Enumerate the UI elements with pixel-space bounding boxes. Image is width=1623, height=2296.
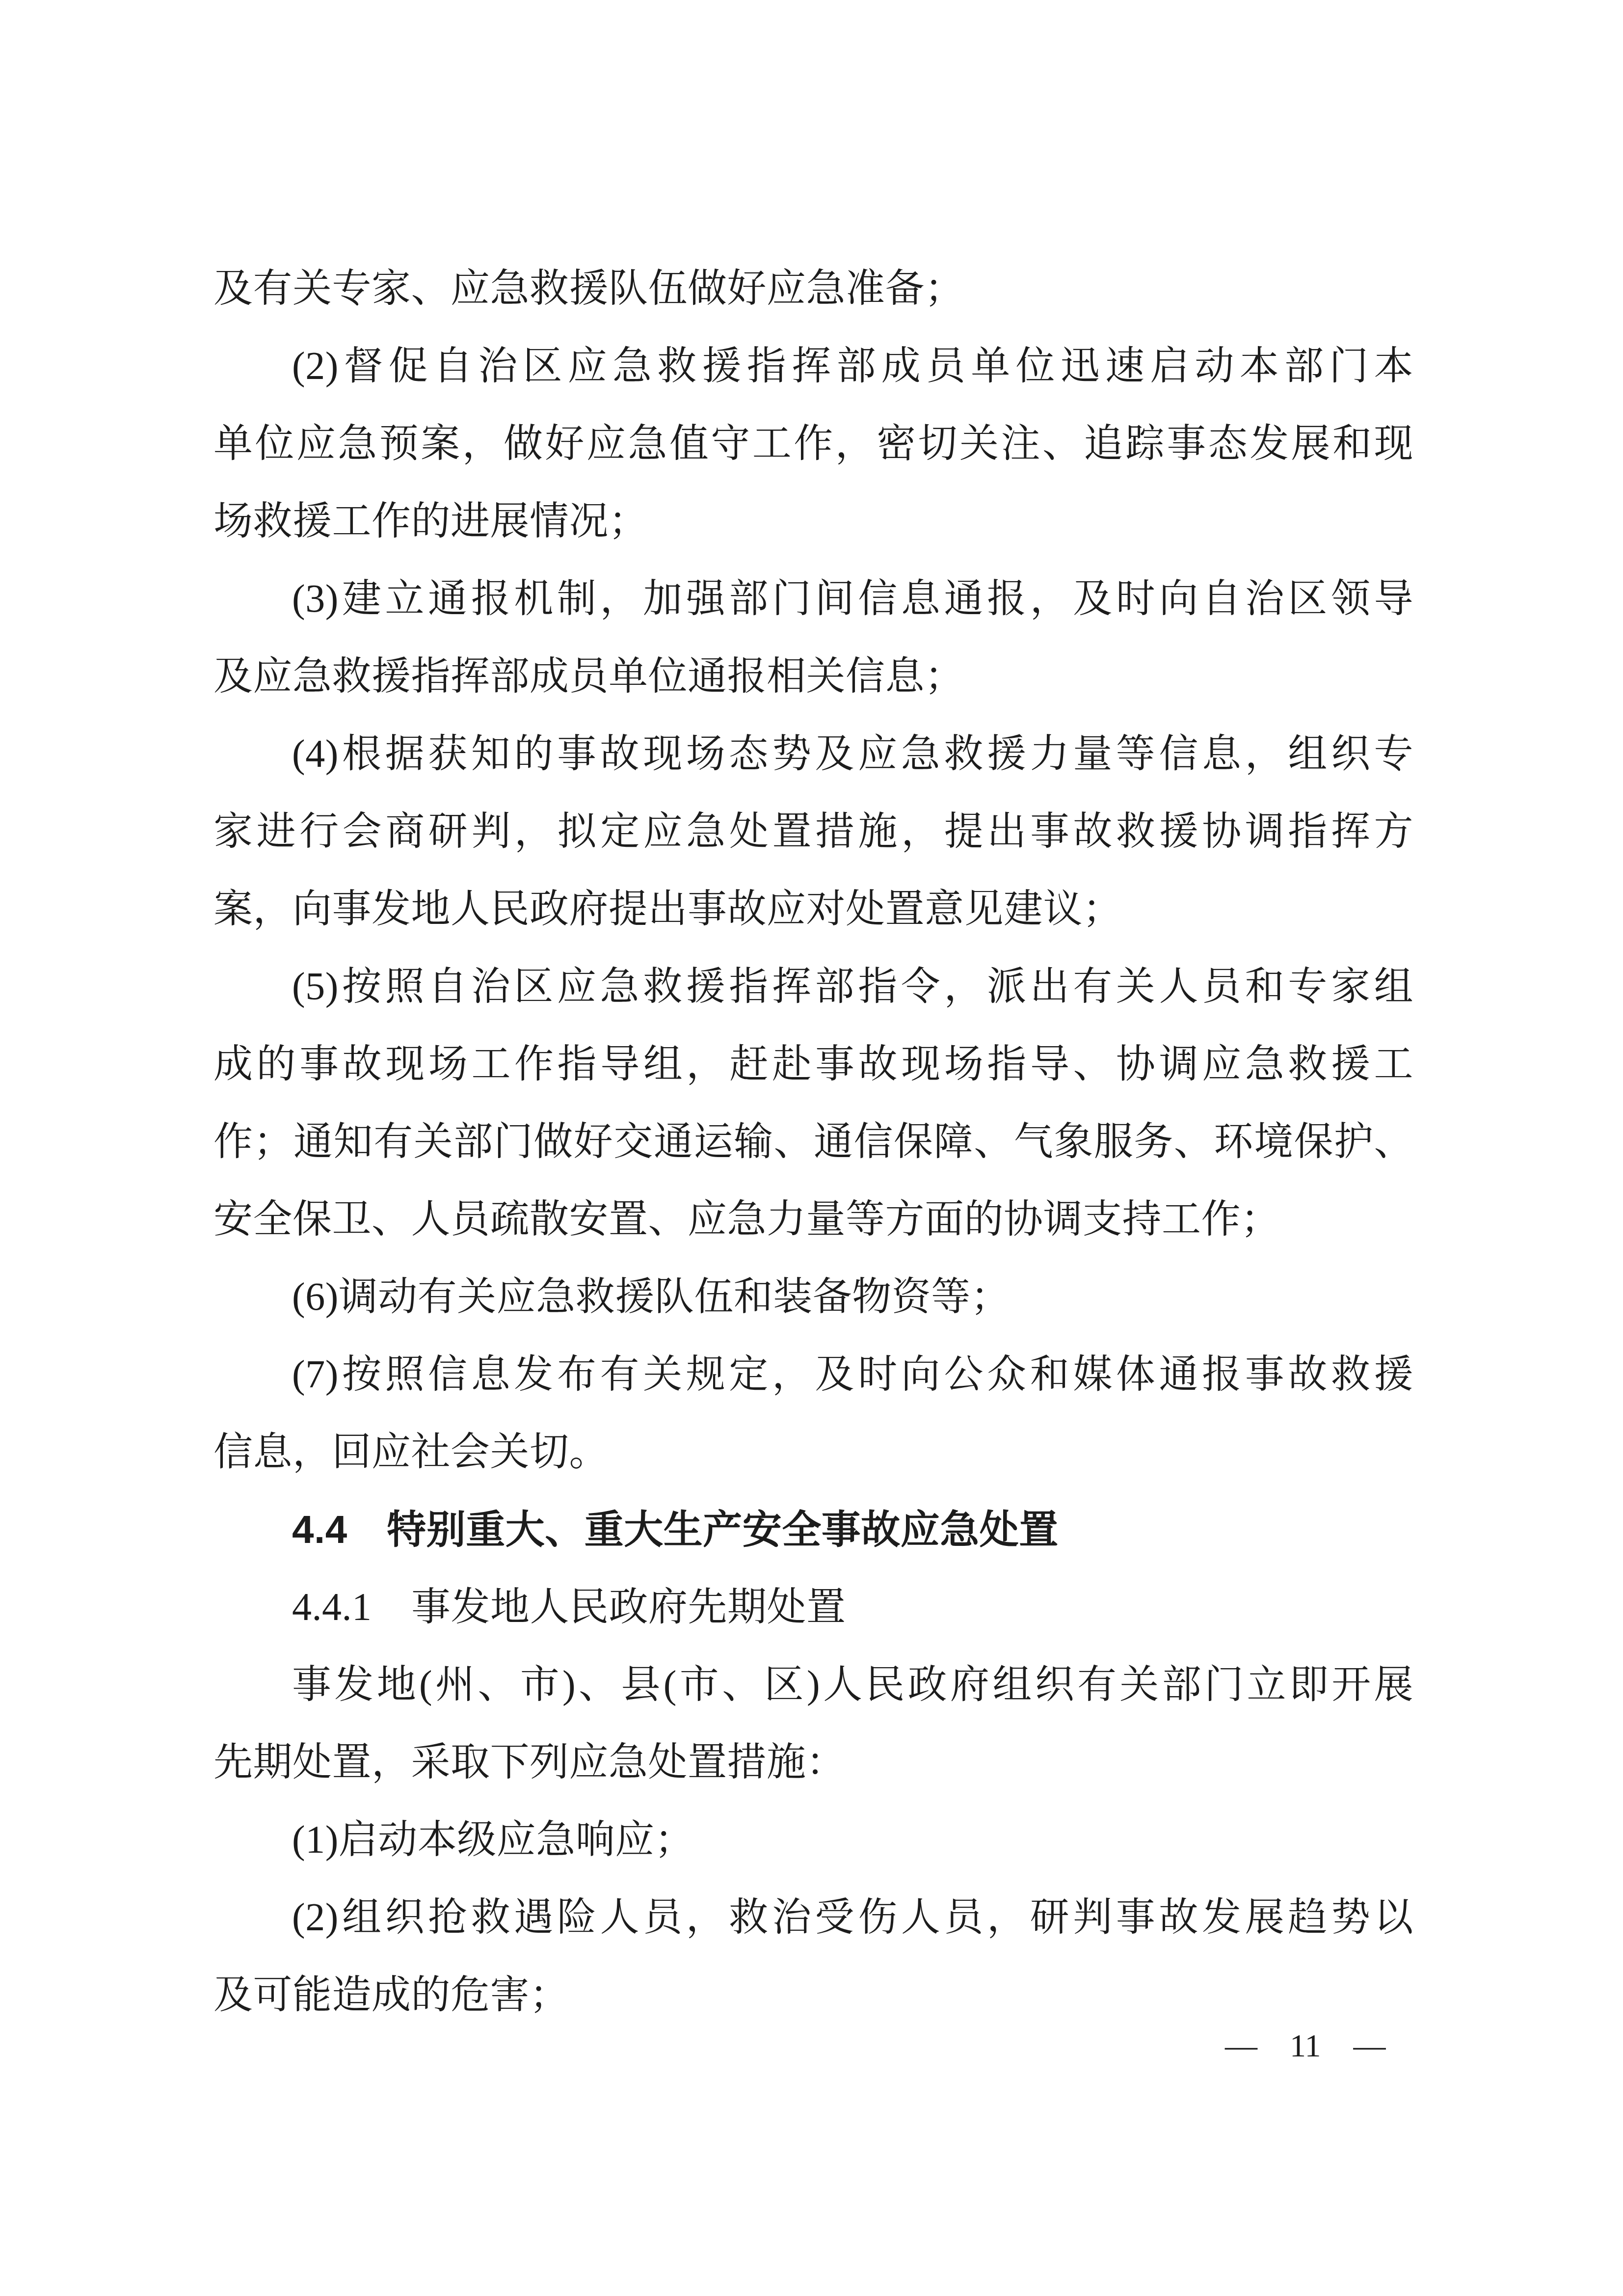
text-line: 成的事故现场工作指导组，赶赴事故现场指导、协调应急救援工 bbox=[213, 1026, 1413, 1103]
text-line: 安全保卫、人员疏散安置、应急力量等方面的协调支持工作； bbox=[213, 1181, 1413, 1258]
text-line: (5)按照自治区应急救援指挥部指令，派出有关人员和专家组 bbox=[213, 948, 1413, 1026]
text-line: 家进行会商研判，拟定应急处置措施，提出事故救援协调指挥方 bbox=[213, 793, 1413, 870]
document-page: 及有关专家、应急救援队伍做好应急准备；(2)督促自治区应急救援指挥部成员单位迅速… bbox=[0, 0, 1623, 2296]
text-line: (2)组织抢救遇险人员，救治受伤人员，研判事故发展趋势以 bbox=[213, 1879, 1413, 1956]
text-line: (1)启动本级应急响应； bbox=[213, 1801, 1413, 1879]
text-line: 场救援工作的进展情况； bbox=[213, 483, 1413, 560]
text-line: (7)按照信息发布有关规定，及时向公众和媒体通报事故救援 bbox=[213, 1336, 1413, 1413]
text-line: (6)调动有关应急救援队伍和装备物资等； bbox=[213, 1258, 1413, 1336]
section-heading: 4.4.1 事发地人民政府先期处置 bbox=[213, 1568, 1413, 1646]
text-line: 作；通知有关部门做好交通运输、通信保障、气象服务、环境保护、 bbox=[213, 1103, 1413, 1181]
text-line: 单位应急预案，做好应急值守工作，密切关注、追踪事态发展和现 bbox=[213, 405, 1413, 483]
text-line: (2)督促自治区应急救援指挥部成员单位迅速启动本部门本 bbox=[213, 327, 1413, 405]
text-line: 及有关专家、应急救援队伍做好应急准备； bbox=[213, 250, 1413, 327]
text-line: 及应急救援指挥部成员单位通报相关信息； bbox=[213, 638, 1413, 715]
footer-dash-left: — bbox=[1225, 2022, 1257, 2071]
page-number: 11 bbox=[1290, 2022, 1321, 2071]
text-line: (3)建立通报机制，加强部门间信息通报，及时向自治区领导 bbox=[213, 560, 1413, 638]
text-line: 事发地(州、市)、县(市、区)人民政府组织有关部门立即开展 bbox=[213, 1646, 1413, 1724]
section-heading: 4.4 特别重大、重大生产安全事故应急处置 bbox=[213, 1491, 1413, 1568]
text-line: 案，向事发地人民政府提出事故应对处置意见建议； bbox=[213, 870, 1413, 948]
document-body: 及有关专家、应急救援队伍做好应急准备；(2)督促自治区应急救援指挥部成员单位迅速… bbox=[213, 250, 1413, 2034]
text-line: (4)根据获知的事故现场态势及应急救援力量等信息，组织专 bbox=[213, 715, 1413, 793]
page-footer: — 11 — bbox=[1225, 2022, 1386, 2071]
text-line: 信息，回应社会关切。 bbox=[213, 1413, 1413, 1491]
text-line: 先期处置，采取下列应急处置措施： bbox=[213, 1724, 1413, 1801]
footer-dash-right: — bbox=[1354, 2022, 1386, 2071]
